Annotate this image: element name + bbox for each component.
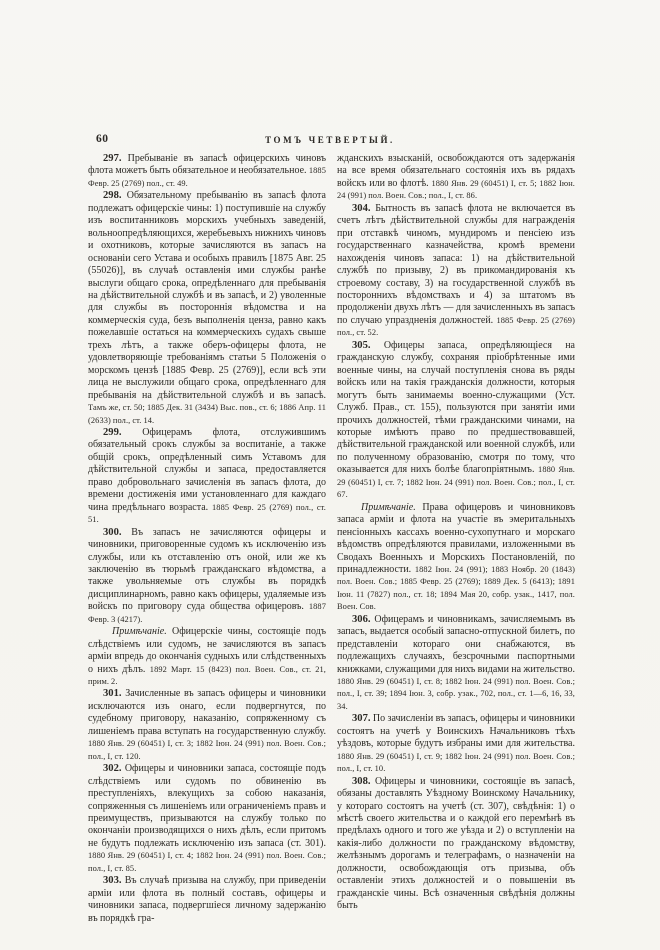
article-number: 300. — [103, 527, 122, 538]
article-307: 307. По зачисленіи въ запасъ, офицеры и … — [337, 713, 575, 775]
body-text: Пребываніе въ запасѣ офицерскихъ чиновъ … — [88, 153, 326, 176]
article-306: 306. Офицерамъ и чиновникамъ, зачисляемы… — [337, 614, 575, 714]
note-to-article-305: Примѣчаніе. Права офицеровъ и чиновников… — [337, 502, 575, 614]
article-297: 297. Пребываніе въ запасѣ офицерскихъ чи… — [88, 153, 326, 190]
citation: 1880 Янв. 29 (60451) I, ст. 8; 1882 Іюн.… — [337, 677, 575, 711]
article-303: 303. Въ случаѣ призыва на службу, при пр… — [88, 875, 326, 925]
article-308: 308. Офицеры и чиновники, состоящіе въ з… — [337, 776, 575, 913]
article-302: 302. Офицеры и чиновники запаса, состоящ… — [88, 763, 326, 875]
note-label: Примѣчаніе. — [361, 502, 416, 513]
running-head: 60 ТОМЪ ЧЕТВЕРТЫЙ. — [0, 133, 660, 149]
article-number: 302. — [103, 763, 122, 774]
citation: Тамъ же, ст. 50; 1885 Дек. 31 (3434) Выс… — [88, 403, 326, 424]
text-column-left: 297. Пребываніе въ запасѣ офицерскихъ чи… — [88, 153, 326, 925]
body-text: Бытность въ запасѣ флота не включается в… — [337, 203, 575, 326]
body-text: Зачисленные въ запасъ офицеры и чиновник… — [88, 688, 326, 736]
article-number: 307. — [352, 713, 371, 724]
body-text: Офицерамъ флота, отслужившимъ обязательн… — [88, 427, 326, 513]
note-label: Примѣчаніе. — [112, 626, 167, 637]
article-298: 298. Обязательному пребыванію въ запасѣ … — [88, 190, 326, 427]
article-301: 301. Зачисленные въ запасъ офицеры и чин… — [88, 688, 326, 763]
article-300: 300. Въ запасъ не зачисляются офицеры и … — [88, 527, 326, 627]
body-text: Въ случаѣ призыва на службу, при приведе… — [88, 875, 326, 923]
article-number: 297. — [103, 153, 122, 164]
article-number: 299. — [103, 427, 122, 438]
body-text: Офицеры и чиновники, состоящіе въ запасѣ… — [337, 776, 575, 912]
article-number: 305. — [352, 340, 371, 351]
article-305: 305. Офицеры запаса, опредѣляющіеся на г… — [337, 340, 575, 502]
article-303-continuation: жданскихъ взысканій, освобождаются отъ з… — [337, 153, 575, 203]
book-page: 60 ТОМЪ ЧЕТВЕРТЫЙ. 297. Пребываніе въ за… — [0, 0, 660, 950]
article-304: 304. Бытность въ запасѣ флота не включае… — [337, 203, 575, 340]
article-number: 304. — [352, 203, 371, 214]
citation: 1880 Янв. 29 (60451) I, ст. 4; 1882 Іюн.… — [88, 851, 326, 872]
body-text: Обязательному пребыванію въ запасѣ флота… — [88, 190, 326, 400]
body-text: По зачисленіи въ запасъ, офицеры и чинов… — [337, 713, 575, 749]
article-299: 299. Офицерамъ флота, отслужившимъ обяза… — [88, 427, 326, 527]
running-title: ТОМЪ ЧЕТВЕРТЫЙ. — [265, 135, 395, 145]
article-number: 303. — [103, 875, 122, 886]
note-to-article-300: Примѣчаніе. Офицерскіе чины, состоящіе п… — [88, 626, 326, 688]
article-number: 298. — [103, 190, 122, 201]
page-number: 60 — [96, 133, 109, 145]
text-body: 297. Пребываніе въ запасѣ офицерскихъ чи… — [88, 153, 575, 925]
article-number: 301. — [103, 688, 122, 699]
body-text: Офицерамъ и чиновникамъ, зачисляемымъ въ… — [337, 614, 575, 675]
body-text: Въ запасъ не зачисляются офицеры и чинов… — [88, 527, 326, 613]
article-number: 308. — [352, 776, 371, 787]
article-number: 306. — [352, 614, 371, 625]
text-column-right: жданскихъ взысканій, освобождаются отъ з… — [337, 153, 575, 925]
body-text: Офицеры и чиновники запаса, состоящіе по… — [88, 763, 326, 849]
body-text: Офицеры запаса, опредѣляющіеся на гражда… — [337, 340, 575, 476]
citation: 1880 Янв. 29 (60451) I, ст. 9; 1882 Іюн.… — [337, 752, 575, 773]
citation: 1880 Янв. 29 (60451) I, ст. 3; 1882 Іюн.… — [88, 739, 326, 760]
